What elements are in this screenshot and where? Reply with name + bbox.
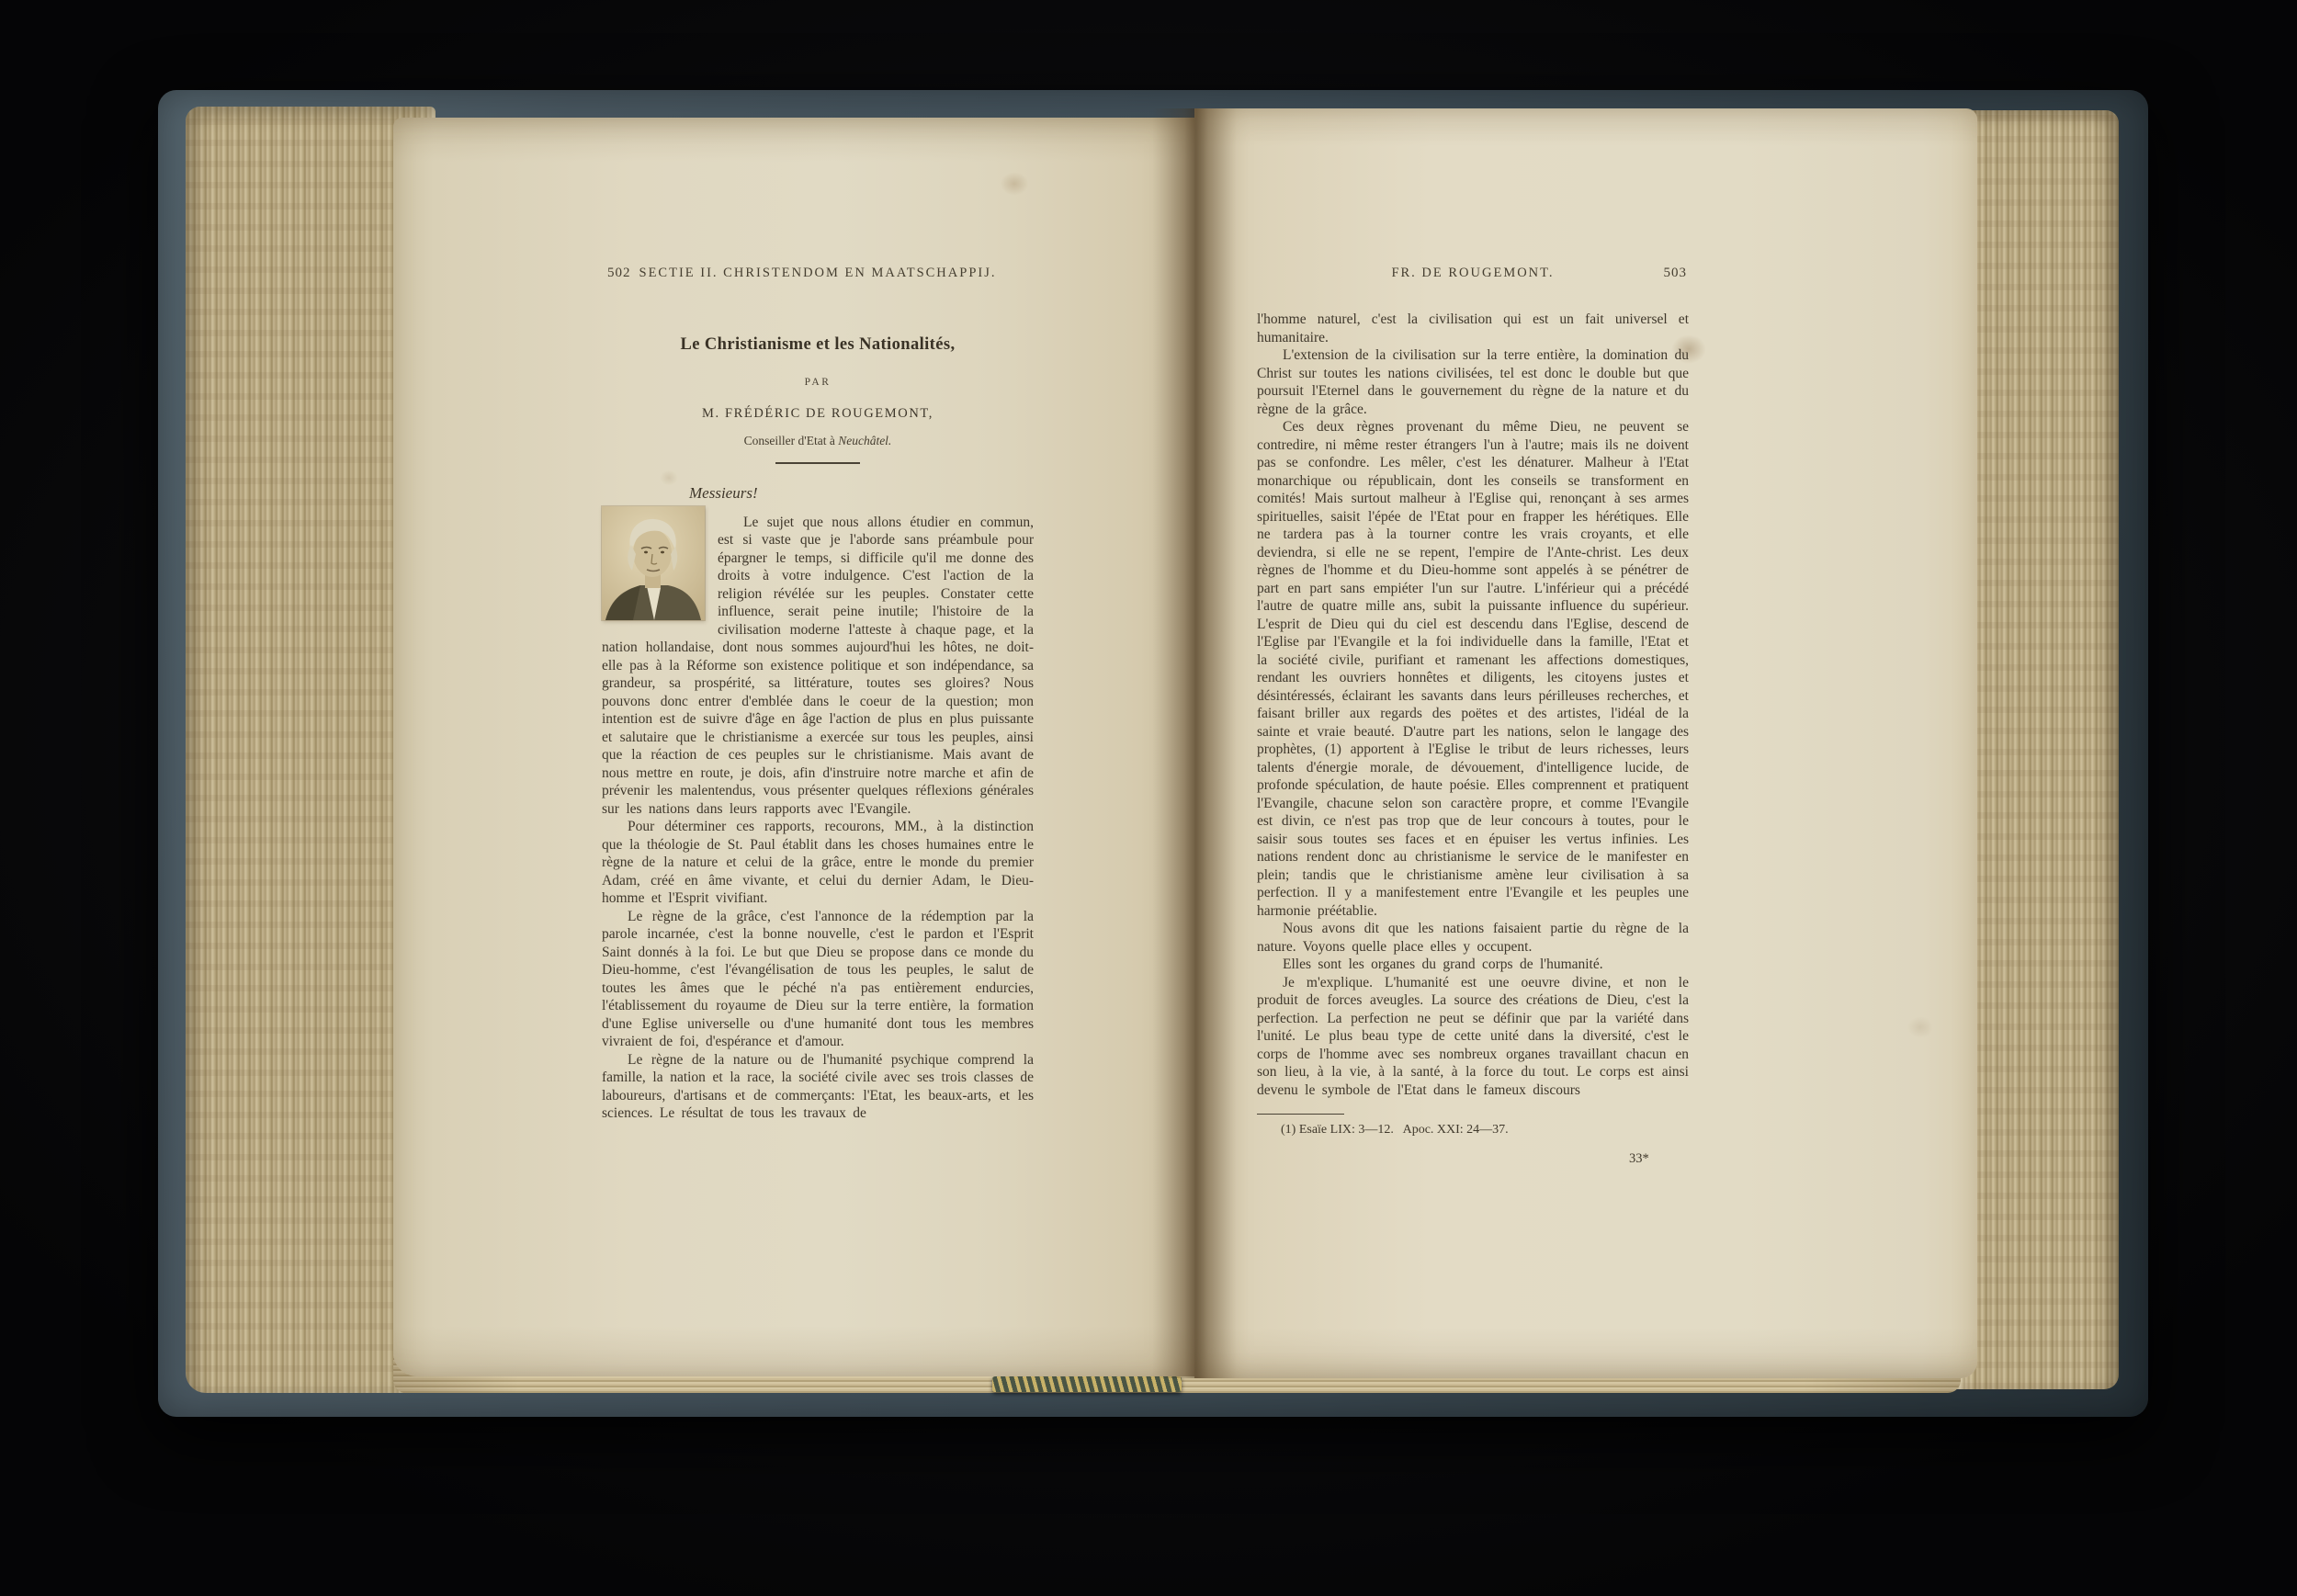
body-paragraph: Je m'explique. L'humanité est une oeuvre… xyxy=(1257,974,1689,1100)
author-name: M. FRÉDÉRIC DE ROUGEMONT, xyxy=(602,405,1034,424)
running-header-right: FR. DE ROUGEMONT. 503 xyxy=(1257,265,1689,285)
photographed-open-book: 502 SECTIE II. CHRISTENDOM EN MAATSCHAPP… xyxy=(0,0,2297,1596)
right-page-text-column: FR. DE ROUGEMONT. 503 l'homme naturel, c… xyxy=(1257,265,1689,1168)
right-page-body: l'homme naturel, c'est la civilisation q… xyxy=(1257,311,1689,1099)
article-title: Le Christianisme et les Nationalités, xyxy=(602,336,1034,355)
running-header-left: 502 SECTIE II. CHRISTENDOM EN MAATSCHAPP… xyxy=(602,265,1034,285)
running-header-text-left: SECTIE II. CHRISTENDOM EN MAATSCHAPPIJ. xyxy=(602,265,1034,283)
footnote-block: (1) Esaïe LIX: 3—12. Apoc. XXI: 24—37. 3… xyxy=(1257,1114,1689,1168)
divider-rule xyxy=(775,462,860,464)
body-paragraph: Le règne de la grâce, c'est l'annonce de… xyxy=(602,908,1034,1051)
portrait-illustration xyxy=(602,506,705,620)
body-paragraph: L'extension de la civilisation sur la te… xyxy=(1257,346,1689,418)
fore-edge-right xyxy=(1955,110,2119,1389)
body-paragraph: Ces deux règnes provenant du même Dieu, … xyxy=(1257,418,1689,920)
body-paragraph: Le règne de la nature ou de l'humanité p… xyxy=(602,1051,1034,1123)
byline-prefix: PAR xyxy=(602,374,1034,392)
page-number-left: 502 xyxy=(607,265,631,283)
body-paragraph: Pour déterminer ces rapports, recourons,… xyxy=(602,818,1034,908)
author-role: Conseiller d'Etat à Neuchâtel. xyxy=(602,432,1034,450)
signature-mark: 33* xyxy=(1629,1150,1689,1169)
portrait-photo xyxy=(602,506,705,620)
page-number-right: 503 xyxy=(1664,265,1688,283)
running-header-text-right: FR. DE ROUGEMONT. xyxy=(1257,265,1689,283)
salutation: Messieurs! xyxy=(689,484,1034,503)
footnote-rule xyxy=(1257,1114,1344,1115)
footnote: (1) Esaïe LIX: 3—12. Apoc. XXI: 24—37. xyxy=(1257,1121,1689,1139)
endband xyxy=(992,1376,1182,1392)
body-paragraph: l'homme naturel, c'est la civilisation q… xyxy=(1257,311,1689,346)
body-paragraph: Nous avons dit que les nations faisaient… xyxy=(1257,920,1689,956)
author-role-prefix: Conseiller d'Etat à xyxy=(744,434,839,447)
author-role-place: Neuchâtel. xyxy=(838,434,891,447)
book: 502 SECTIE II. CHRISTENDOM EN MAATSCHAPP… xyxy=(158,90,2148,1417)
body-paragraph: Elles sont les organes du grand corps de… xyxy=(1257,956,1689,974)
left-page-text-column: 502 SECTIE II. CHRISTENDOM EN MAATSCHAPP… xyxy=(602,265,1034,1123)
